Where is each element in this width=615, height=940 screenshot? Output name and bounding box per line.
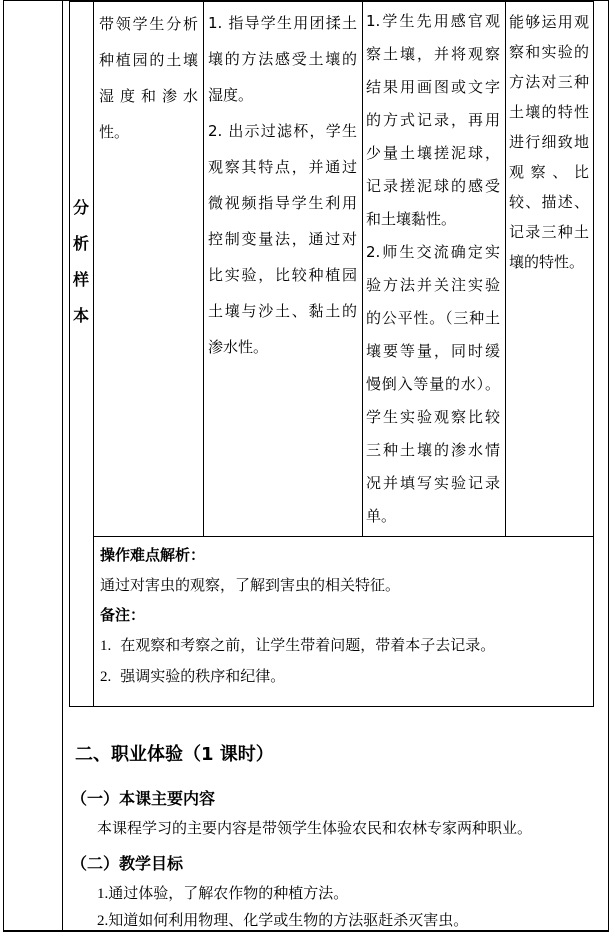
evaluation-cell: 能够运用观察和实验的方法对三种土壤的特性进行细致地观察、比较、描述、记录三种土壤… [509,7,589,277]
teacher-guidance-cell: 1. 指导学生用团揉土壤的方法感受土壤的湿度。 2. 出示过滤杯，学生观察其特点… [208,5,357,365]
student-activity-step: 1.学生先用感官观察土壤，并将观察结果用画图或文字的方式记录，再用少量土壤搓泥球… [366,5,500,236]
notes-cell: 操作难点解析： 通过对害虫的观察，了解到害虫的相关特征。 备注： 1.在观察和考… [100,540,586,692]
difficulty-label: 操作难点解析： [100,540,586,570]
table-top-border [69,0,594,2]
student-activity-step: 2.师生交流确定实验方法并关注实验的公平性。（三种土壤要等量，同时缓慢倒入等量的… [366,236,500,533]
goal-text: 通过体验，了解农作物的种植方法。 [108,884,348,902]
table-row-label: 分析样本 [72,190,90,334]
table-col-divider-2 [203,0,204,537]
remark-text: 强调实验的秩序和纪律。 [120,667,285,685]
outer-bottom-border [3,930,609,932]
outer-left-border [3,0,4,932]
goal-item: 2.知道如何利用物理、化学或生物的方法驱赶杀灭害虫。 [97,909,468,930]
teacher-guidance-step: 2. 出示过滤杯，学生观察其特点，并通过微视频指导学生利用控制变量法，通过对比实… [208,113,357,365]
remark-item: 2.强调实验的秩序和纪律。 [100,661,586,692]
remark-item: 1.在观察和考察之前，让学生带着问题，带着本子去记录。 [100,630,586,661]
table-row-divider [93,536,594,537]
remarks-label: 备注： [100,600,586,630]
outer-column-divider [62,0,63,932]
section-part1-title: （一）本课主要内容 [71,786,215,809]
document-page: 分析样本 带领学生分析种植园的土壤湿度和渗水性。 1. 指导学生用团揉土壤的方法… [0,0,615,940]
goal-number: 1. [97,886,108,902]
table-left-border [69,0,70,707]
remark-number: 1. [100,638,111,654]
section-heading: 二、职业体验（1 课时） [75,740,274,766]
table-col-divider-3 [362,0,363,537]
table-col-divider-4 [505,0,506,537]
teacher-summary-text: 带领学生分析种植园的土壤湿度和渗水性。 [99,6,198,150]
teacher-summary-cell: 带领学生分析种植园的土壤湿度和渗水性。 [99,6,198,150]
remark-text: 在观察和考察之前，让学生带着问题，带着本子去记录。 [120,636,495,654]
goal-number: 2. [97,913,108,929]
remark-number: 2. [100,669,111,685]
table-bottom-border [69,706,594,707]
difficulty-text: 通过对害虫的观察，了解到害虫的相关特征。 [100,570,586,600]
evaluation-text: 能够运用观察和实验的方法对三种土壤的特性进行细致地观察、比较、描述、记录三种土壤… [509,7,589,277]
outer-right-border [608,0,609,932]
goal-item: 1.通过体验，了解农作物的种植方法。 [97,882,348,903]
section-part1-body: 本课程学习的主要内容是带领学生体验农民和农林专家两种职业。 [97,817,532,838]
table-right-border [593,0,594,707]
student-activity-cell: 1.学生先用感官观察土壤，并将观察结果用画图或文字的方式记录，再用少量土壤搓泥球… [366,5,500,533]
teacher-guidance-step: 1. 指导学生用团揉土壤的方法感受土壤的湿度。 [208,5,357,113]
table-col-divider-1 [93,0,94,707]
goal-text: 知道如何利用物理、化学或生物的方法驱赶杀灭害虫。 [108,911,468,929]
section-part2-title: （二）教学目标 [71,851,183,874]
